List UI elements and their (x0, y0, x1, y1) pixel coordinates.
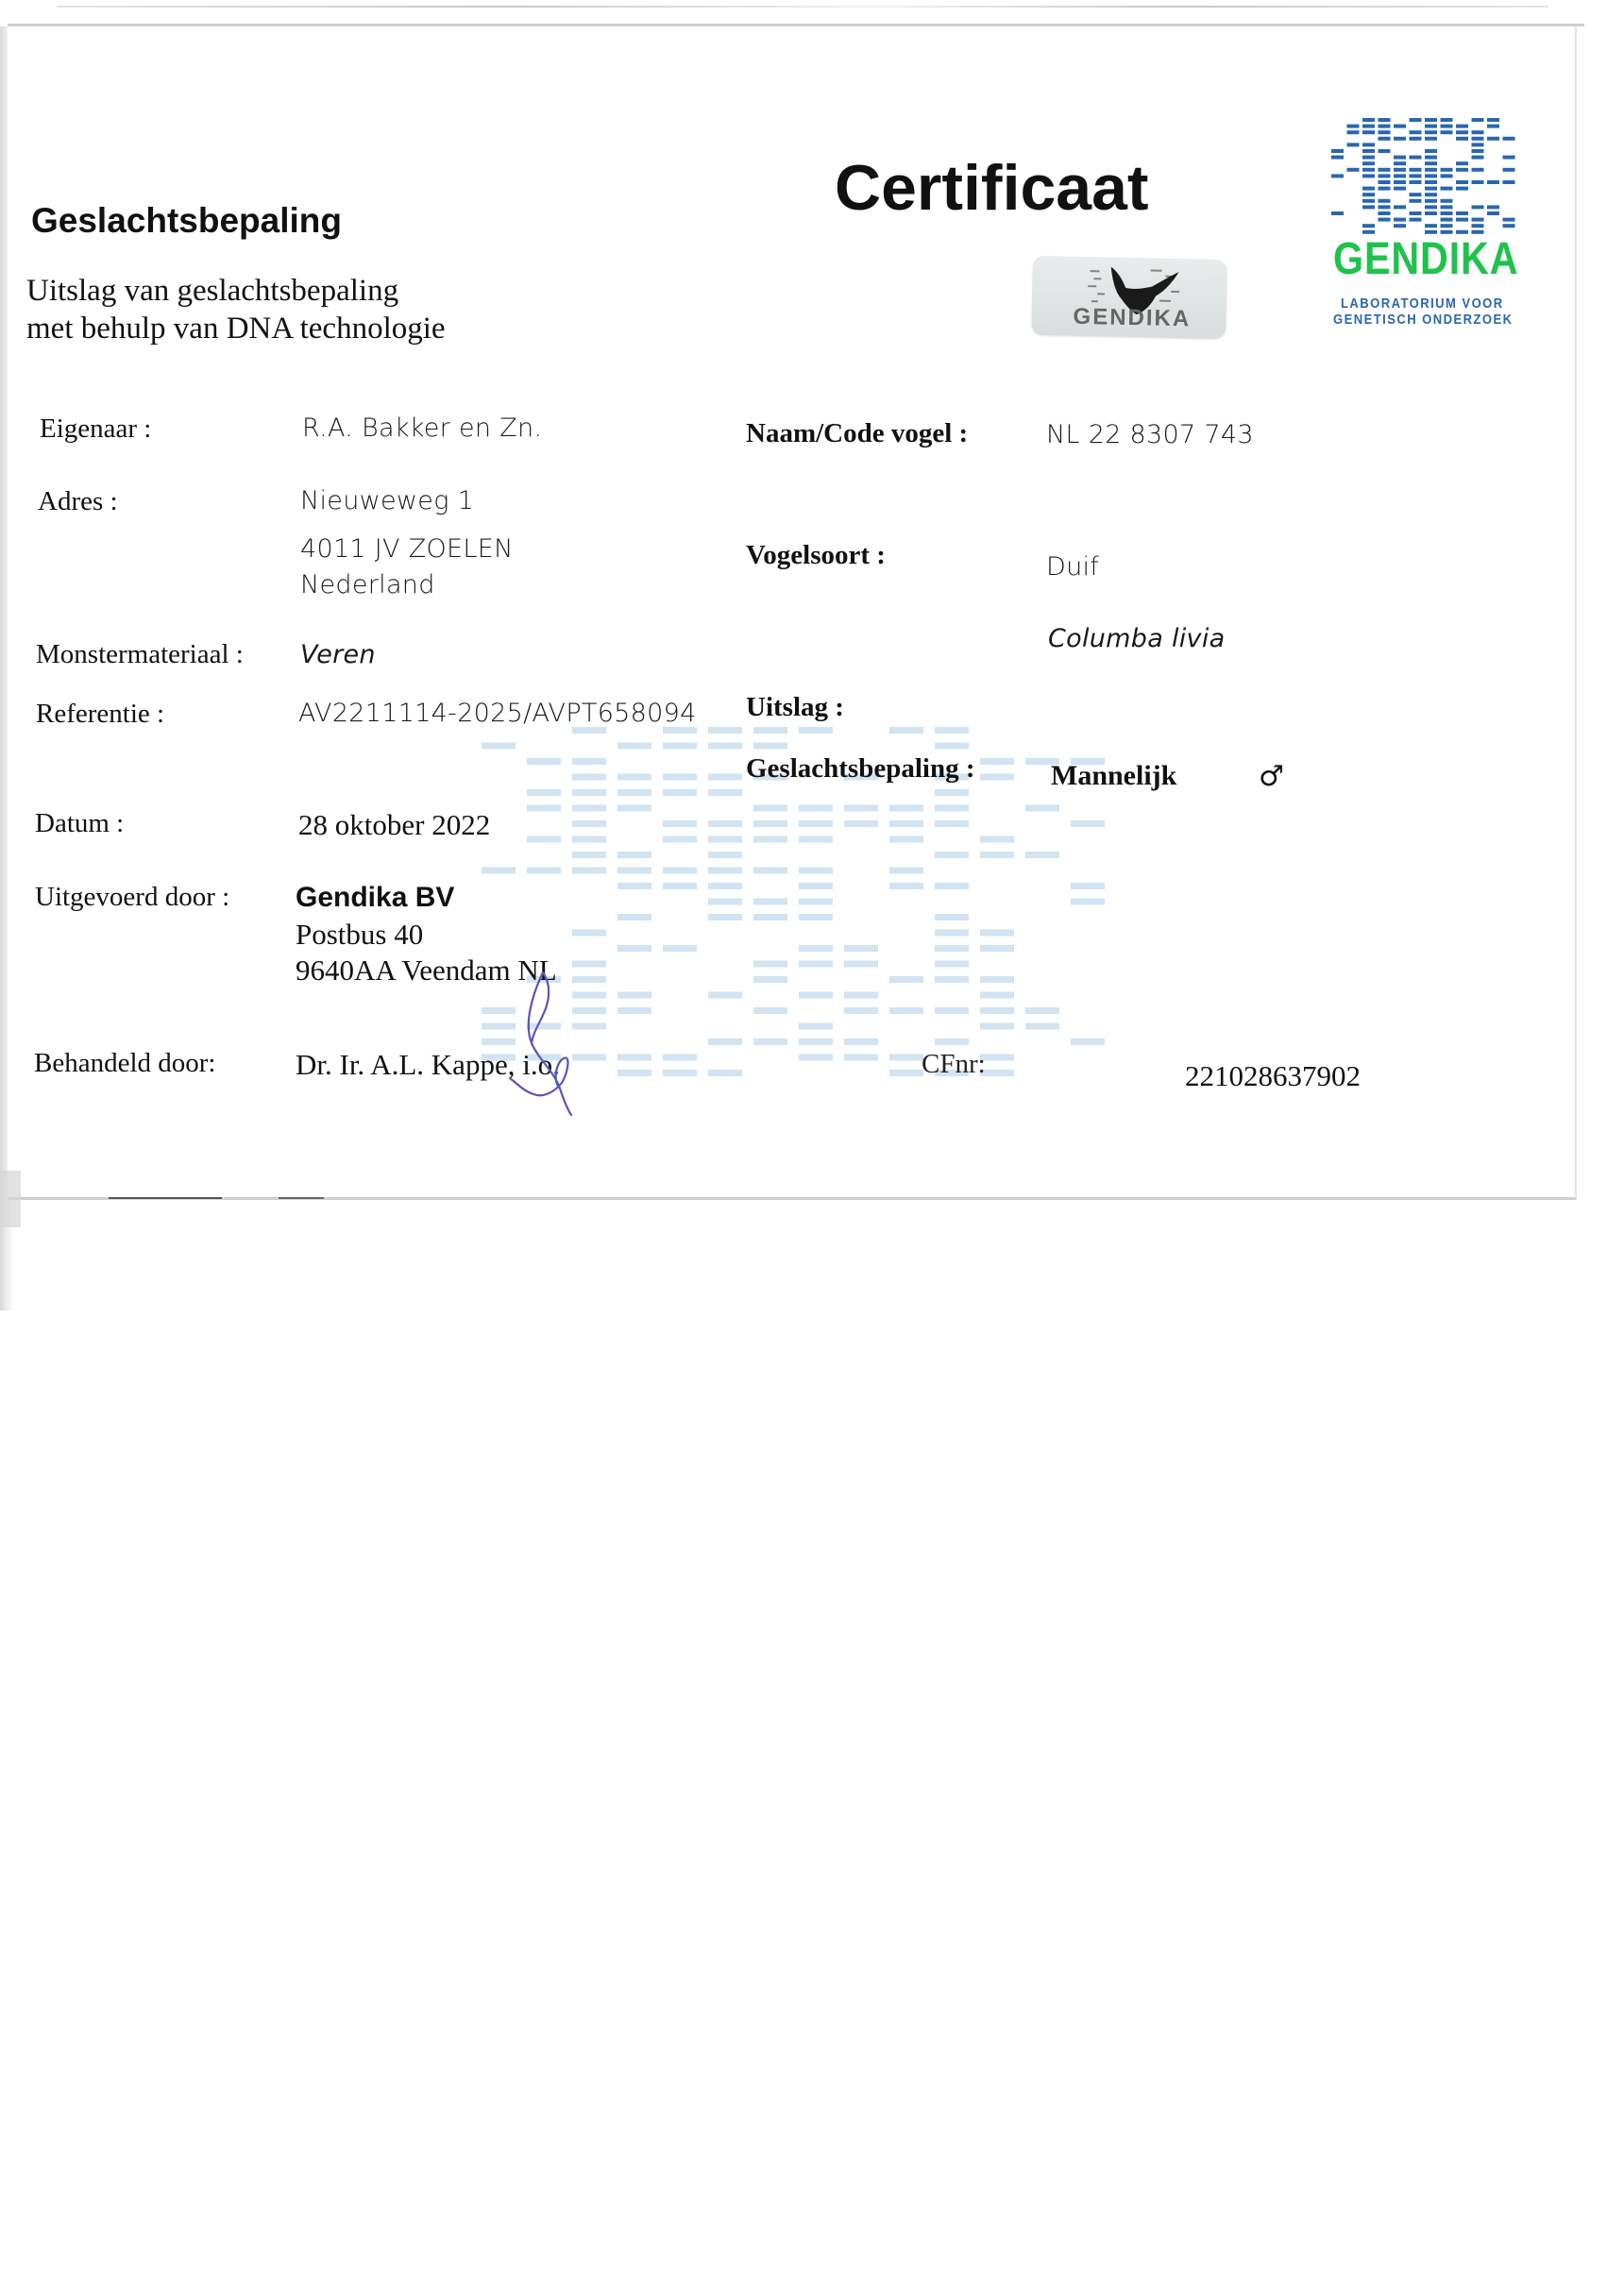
subject-heading: Geslachtsbepaling (31, 201, 342, 241)
subtitle-line-1: Uitslag van geslachtsbepaling (26, 274, 398, 309)
handled-by-label: Behandeld door: (34, 1048, 215, 1079)
address-line-2: 4011 JV ZOELEN (300, 534, 514, 564)
sample-label: Monstermateriaal : (36, 639, 244, 670)
reference-label: Referentie : (36, 699, 164, 730)
subtitle-line-2: met behulp van DNA technologie (26, 312, 446, 346)
certificate-title: Certificaat (835, 151, 1149, 225)
scan-mark (109, 1197, 222, 1199)
sex-label: Geslachtsbepaling : (746, 753, 975, 785)
hologram-sticker: GENDIKA (1031, 256, 1227, 339)
male-symbol-icon: ♂ (1259, 760, 1284, 793)
sample-value: Veren (300, 640, 376, 669)
cfnr-value: 221028637902 (1185, 1059, 1361, 1093)
scan-mark (279, 1197, 324, 1199)
address-line-1: Nieuweweg 1 (300, 486, 474, 515)
reference-value: AV2211114-2025/AVPT658094 (298, 699, 697, 728)
address-line-3: Nederland (300, 570, 435, 599)
performed-by-label: Uitgevoerd door : (35, 882, 229, 913)
dna-gel-grid-icon (1331, 118, 1520, 236)
logo-name: GENDIKA (1333, 233, 1518, 285)
result-label: Uitslag : (746, 692, 844, 723)
performed-by-company: Gendika BV (296, 882, 454, 914)
address-label: Adres : (38, 486, 118, 517)
logo-tagline-1: LABORATORIUM VOOR (1341, 296, 1504, 312)
signature (505, 968, 590, 1119)
scan-shadow (0, 1171, 21, 1227)
species-common: Duif (1046, 552, 1099, 582)
sex-value: Mannelijk (1051, 760, 1176, 792)
species-label: Vogelsoort : (746, 540, 886, 571)
bird-code-label: Naam/Code vogel : (746, 418, 968, 449)
date-value: 28 oktober 2022 (298, 808, 490, 842)
bird-code-value: NL 22 8307 743 (1046, 420, 1254, 449)
date-label: Datum : (35, 808, 124, 839)
scan-edge-top (57, 6, 1548, 8)
hologram-text: GENDIKA (1073, 304, 1191, 333)
owner-label: Eigenaar : (40, 414, 151, 445)
owner-value: R.A. Bakker en Zn. (302, 414, 542, 443)
species-latin: Columba livia (1048, 624, 1225, 653)
cfnr-label: CFnr: (922, 1049, 986, 1080)
performed-by-line-1: Postbus 40 (296, 918, 423, 952)
logo-tagline-2: GENETISCH ONDERZOEK (1333, 312, 1514, 328)
